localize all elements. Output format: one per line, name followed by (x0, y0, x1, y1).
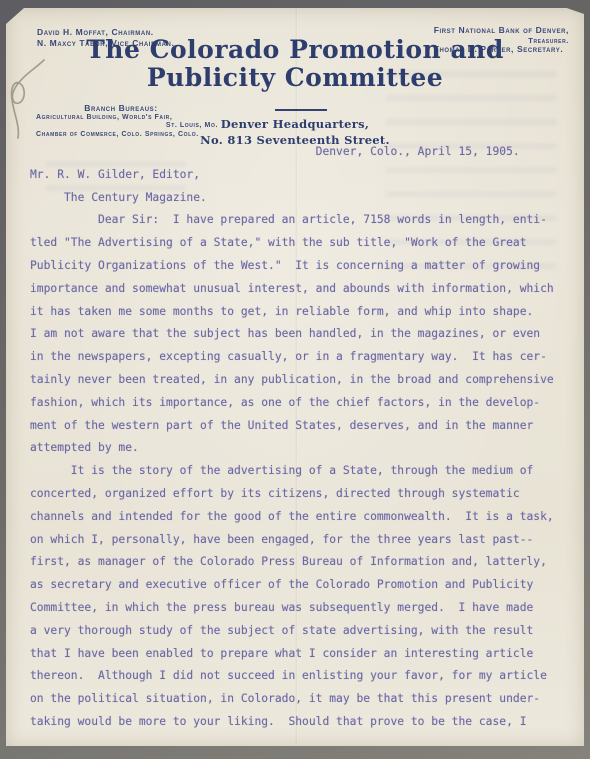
letter-paper: David H. Moffat, Chairman. N. Maxcy Tabo… (6, 8, 584, 746)
letter-body: Denver, Colo., April 15, 1905. Mr. R. W.… (30, 141, 578, 734)
committee-title: The Colorado Promotion and Publicity Com… (6, 36, 584, 92)
branch-line3: Chamber of Commerce, Colo. Springs, Colo… (36, 131, 246, 140)
committee-title-line2: Publicity Committee (6, 64, 584, 92)
committee-title-line1: The Colorado Promotion and (6, 36, 584, 64)
masthead-divider (275, 109, 327, 111)
photo-background: David H. Moffat, Chairman. N. Maxcy Tabo… (0, 0, 590, 759)
branch-bureaus-block: Branch Bureaus: Agricultural Building, W… (36, 104, 246, 139)
branch-line1: Agricultural Building, World's Fair, (36, 114, 246, 123)
branch-bureaus-heading: Branch Bureaus: (36, 104, 246, 113)
branch-line2: St. Louis, Mo. (36, 122, 246, 131)
